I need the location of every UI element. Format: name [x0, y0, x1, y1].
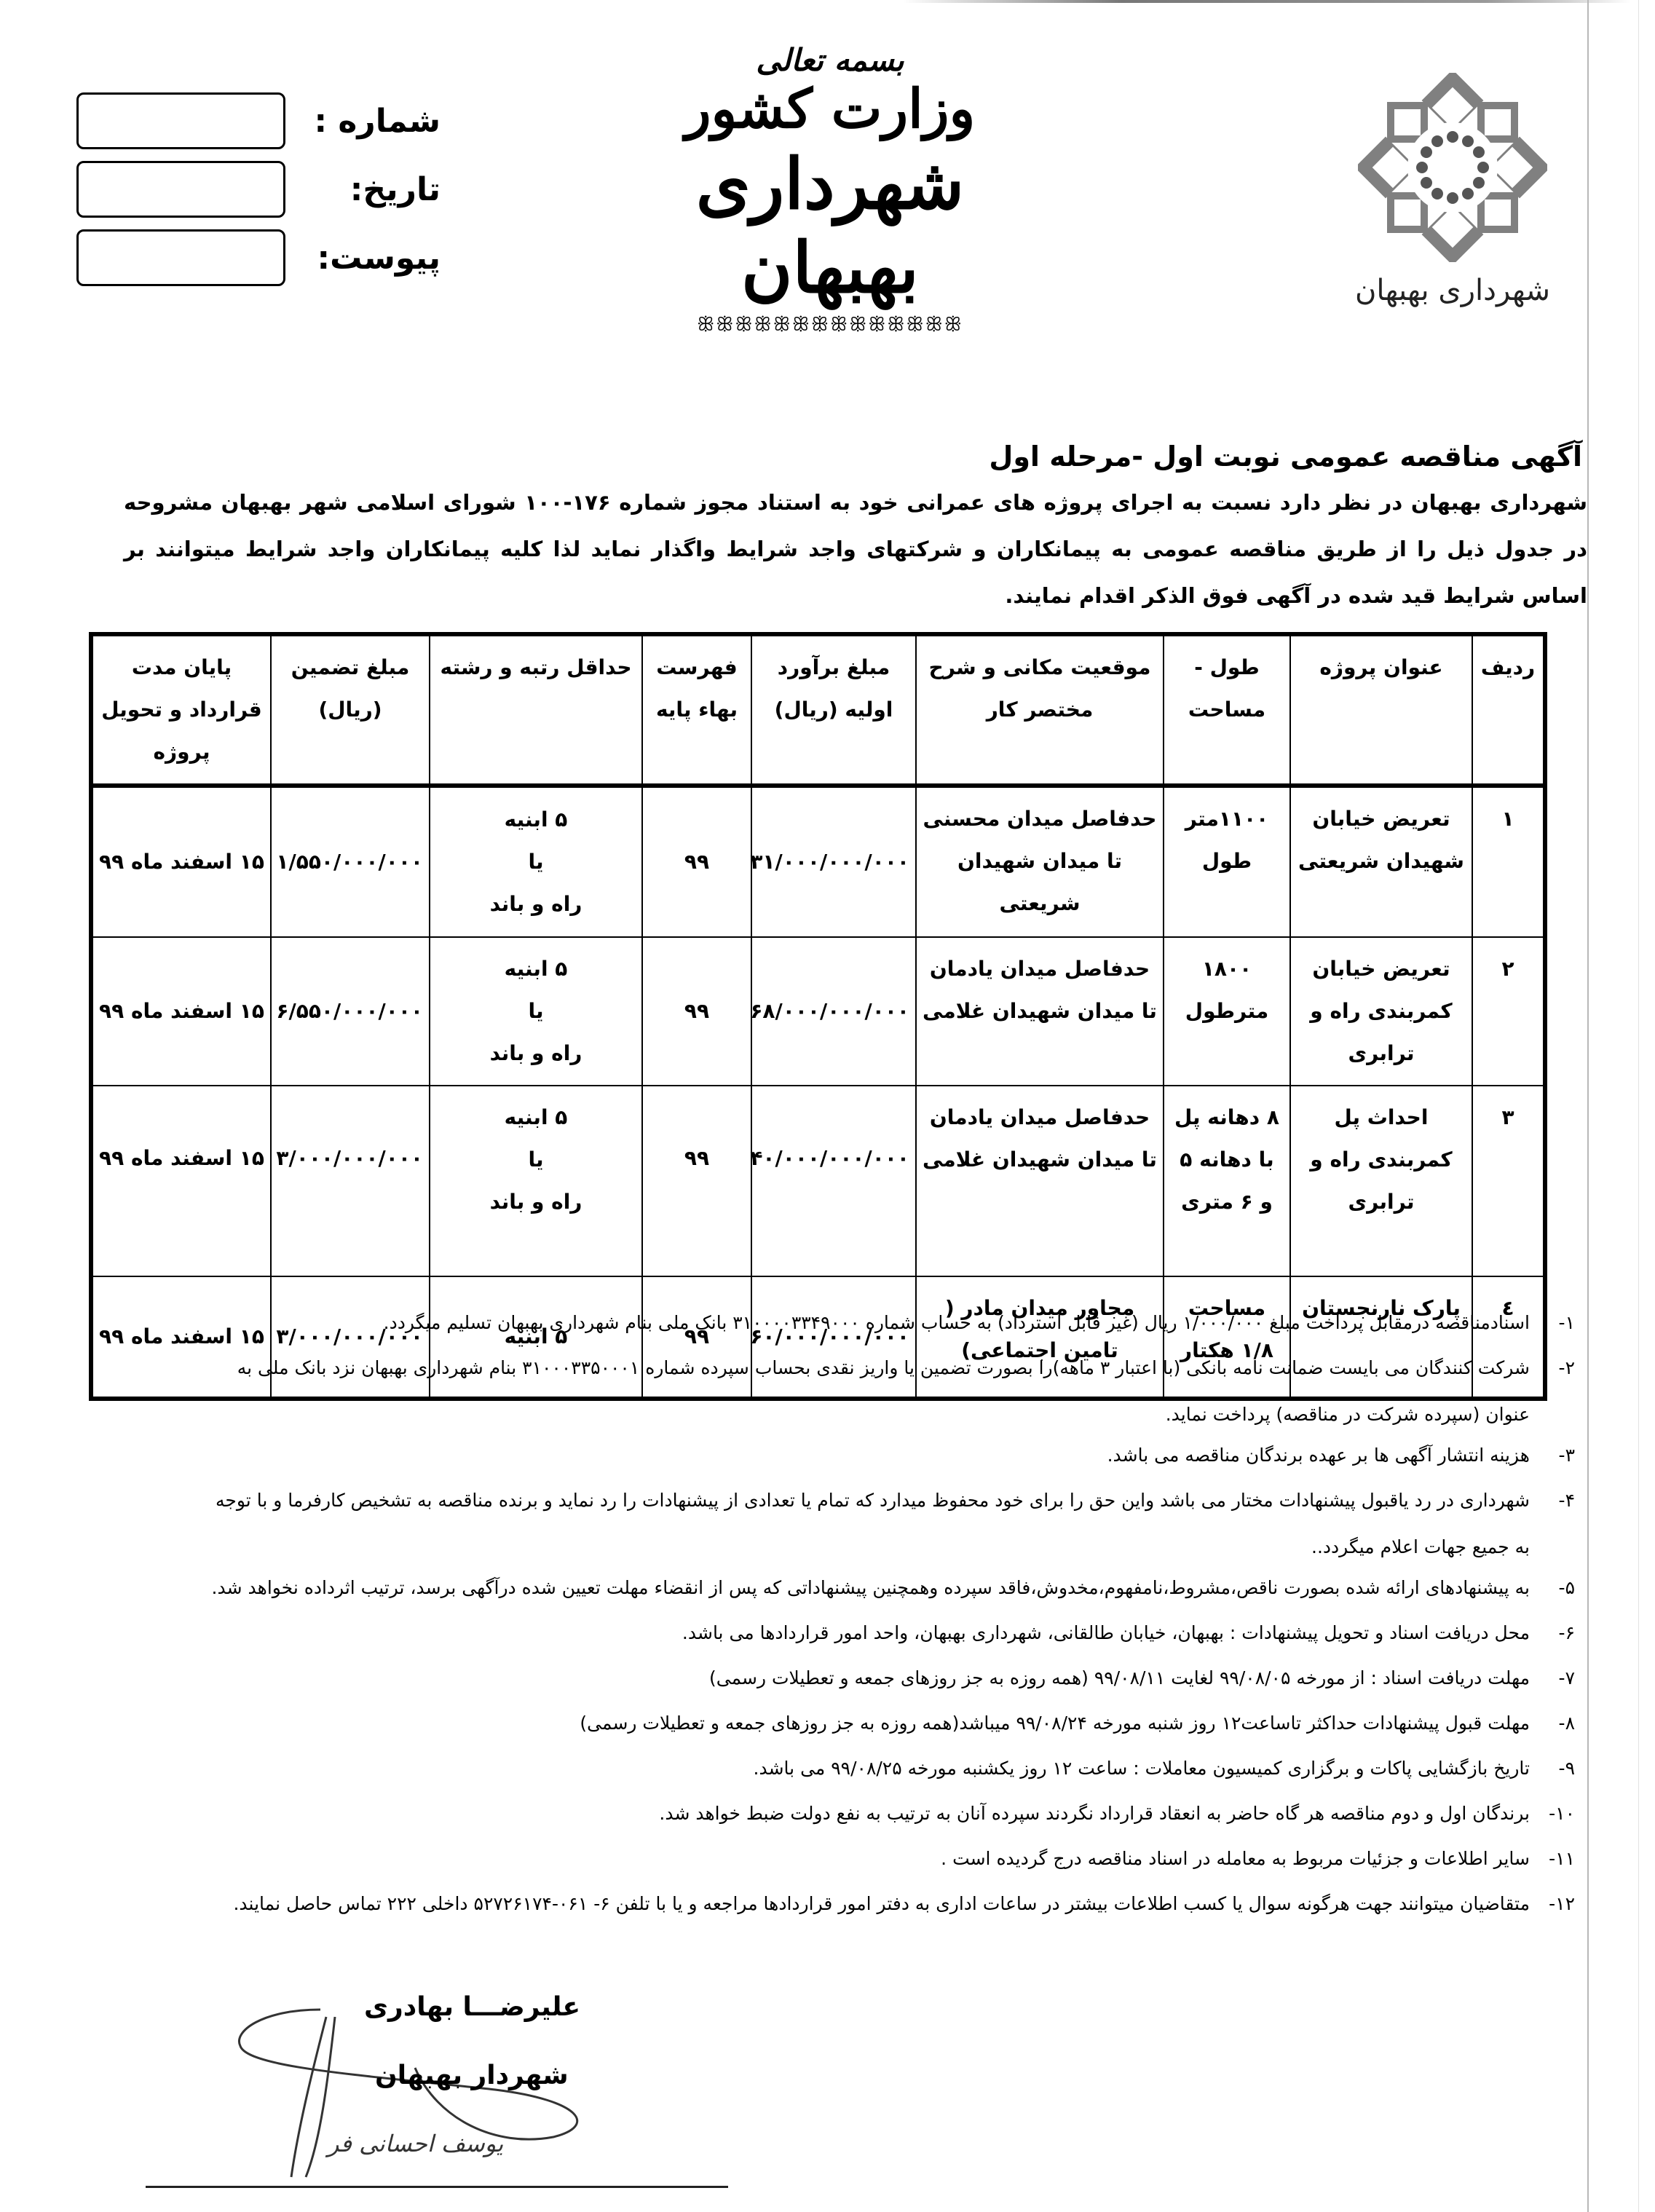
ref-row-attachment: پیوست:: [76, 224, 441, 291]
project-title: احداث پل کمربندی راه و ترابری: [1290, 1086, 1472, 1276]
table-header-row: ردیف عنوان پروژه طول - مساحت موقعیت مکان…: [91, 634, 1545, 786]
length-area: ۱۱۰۰متر طول: [1164, 786, 1290, 937]
col-header-row-number: ردیف: [1472, 634, 1545, 786]
condition-number: ۴-: [1530, 1488, 1575, 1560]
condition-text-continued: به جمیع جهات اعلام میگردد..: [75, 1535, 1530, 1560]
grade-line: راه و باند: [436, 883, 636, 925]
grade-line: ۵ ابنیه: [436, 1097, 636, 1139]
table-row: ۳ احداث پل کمربندی راه و ترابری ۸ دهانه …: [91, 1086, 1545, 1276]
condition-item: ۱۰- برندگان اول و دوم مناقصه هر گاه حاضر…: [75, 1801, 1575, 1826]
notice-title: آگهی مناقصه عمومی نوبت اول -مرحله اول: [989, 441, 1582, 473]
ref-row-number: شماره :: [76, 87, 441, 154]
col-header-estimate: مبلغ برآورد اولیه (ریال): [751, 634, 916, 786]
location: حدفاصل میدان یادمان تا میدان شهیدان غلام…: [916, 1086, 1164, 1276]
grade-line: یا: [436, 1139, 636, 1181]
condition-text: شهرداری در رد یاقبول پیشنهادات مختار می …: [216, 1490, 1530, 1511]
condition-number: ۳-: [1530, 1443, 1575, 1468]
guarantee-amount: ۱/۵۵۰/۰۰۰/۰۰۰: [271, 786, 430, 937]
logo-text: شهرداری بهبهان: [1332, 274, 1573, 307]
grade-line: ۵ ابنیه: [436, 799, 636, 841]
intro-paragraph: شهرداری بهبهان در نظر دارد نسبت به اجرای…: [124, 479, 1587, 619]
grade-line: راه و باند: [436, 1032, 636, 1075]
condition-number: ۱-: [1530, 1311, 1575, 1335]
guarantee-amount: ۳/۰۰۰/۰۰۰/۰۰۰: [271, 1086, 430, 1276]
municipality-name: شهرداری بهبهان: [597, 142, 1063, 309]
condition-number: ۸-: [1530, 1711, 1575, 1736]
location: حدفاصل میدان یادمان تا میدان شهیدان غلام…: [916, 937, 1164, 1086]
table-row: ۲ تعریض خیابان کمربندی راه و ترابری ۱۸۰۰…: [91, 937, 1545, 1086]
condition-text: به پیشنهادهای ارائه شده بصورت ناقص،مشروط…: [75, 1576, 1530, 1600]
condition-item: ۸- مهلت قبول پیشنهادات حداکثر تاساعت۱۲ ر…: [75, 1711, 1575, 1736]
page-margin-line: [1638, 0, 1639, 2212]
attachment-field[interactable]: [76, 229, 285, 286]
condition-text-continued: عنوان (سپرده شرکت در مناقصه) پرداخت نمای…: [75, 1402, 1530, 1427]
col-header-deadline: پایان مدت قرارداد و تحویل پروژه: [91, 634, 271, 786]
condition-number: ۹-: [1530, 1756, 1575, 1781]
condition-item: ۱۲- متقاضیان میتوانند جهت هرگونه سوال یا…: [75, 1892, 1575, 1916]
condition-text: مهلت دریافت اسناد : از مورخه ۹۹/۰۸/۰۵ لغ…: [75, 1666, 1530, 1691]
attachment-label: پیوست:: [288, 240, 441, 277]
condition-number: ۶-: [1530, 1621, 1575, 1646]
condition-text: مهلت قبول پیشنهادات حداکثر تاساعت۱۲ روز …: [75, 1711, 1530, 1736]
condition-item: ۶- محل دریافت اسناد و تحویل پیشنهادات : …: [75, 1621, 1575, 1646]
estimate-amount: ۶۸/۰۰۰/۰۰۰/۰۰۰: [751, 937, 916, 1086]
guarantee-amount: ۶/۵۵۰/۰۰۰/۰۰۰: [271, 937, 430, 1086]
condition-number: ۷-: [1530, 1666, 1575, 1691]
col-header-price-list: فهرست بهاء پایه: [642, 634, 751, 786]
signature-rule: [146, 2186, 728, 2188]
date-label: تاریخ:: [288, 171, 441, 208]
condition-text: هزینه انتشار آگهی ها بر عهده برندگان منا…: [75, 1443, 1530, 1468]
bismillah-text: بسمه تعالی: [597, 44, 1063, 77]
length-area: ۱۸۰۰ مترطول: [1164, 937, 1290, 1086]
condition-text: اسنادمناقصه درمقابل پرداخت مبلغ ۱/۰۰۰/۰۰…: [75, 1311, 1530, 1335]
condition-text-wrap: شهرداری در رد یاقبول پیشنهادات مختار می …: [75, 1488, 1530, 1560]
col-header-guarantee: مبلغ تضمین (ریال): [271, 634, 430, 786]
condition-item: ۱۱- سایر اطلاعات و جزئیات مربوط به معامل…: [75, 1846, 1575, 1871]
condition-item: ۵- به پیشنهادهای ارائه شده بصورت ناقص،مش…: [75, 1576, 1575, 1600]
condition-item: ۱- اسنادمناقصه درمقابل پرداخت مبلغ ۱/۰۰۰…: [75, 1311, 1575, 1335]
ref-row-date: تاریخ:: [76, 156, 441, 223]
min-grade: ۵ ابنیه یا راه و باند: [430, 1086, 642, 1276]
estimate-amount: ۴۰/۰۰۰/۰۰۰/۰۰۰: [751, 1086, 916, 1276]
length-area: ۸ دهانه پل با دهانه ۵ و ۶ متری: [1164, 1086, 1290, 1276]
condition-number: ۵-: [1530, 1576, 1575, 1600]
col-header-location: موقعیت مکانی و شرح مختصر کار: [916, 634, 1164, 786]
condition-number: ۲-: [1530, 1356, 1575, 1427]
grade-line: ۵ ابنیه: [436, 948, 636, 990]
page-margin-line: [1587, 0, 1589, 2212]
tender-table: ردیف عنوان پروژه طول - مساحت موقعیت مکان…: [89, 632, 1547, 1401]
grade-line: راه و باند: [436, 1181, 636, 1223]
condition-number: ۱۰-: [1530, 1801, 1575, 1826]
price-list-year: ۹۹: [642, 786, 751, 937]
col-header-min-grade: حداقل رتبه و رشته: [430, 634, 642, 786]
signatory-name: علیرضـــا بهادری: [364, 1992, 580, 2022]
municipality-logo: شهرداری بهبهان: [1332, 73, 1573, 307]
date-field[interactable]: [76, 161, 285, 218]
deadline: ۱۵ اسفند ماه ۹۹: [91, 1086, 271, 1276]
letterhead-crest: بسمه تعالی وزارت کشور شهرداری بهبهان ꕥꕥꕥ…: [597, 44, 1063, 336]
deadline: ۱۵ اسفند ماه ۹۹: [91, 937, 271, 1086]
signature-block: علیرضـــا بهادری شهردار بهبهان یوسف احسا…: [218, 1980, 626, 2199]
col-header-length-area: طول - مساحت: [1164, 634, 1290, 786]
ornament-divider: ꕥꕥꕥꕥꕥꕥꕥꕥꕥꕥꕥꕥꕥꕥ: [597, 314, 1063, 336]
scan-edge: [903, 0, 1631, 3]
location: حدفاصل میدان محسنی تا میدان شهیدان شریعت…: [916, 786, 1164, 937]
deadline: ۱۵ اسفند ماه ۹۹: [91, 786, 271, 937]
estimate-amount: ۳۱/۰۰۰/۰۰۰/۰۰۰: [751, 786, 916, 937]
condition-item: ۹- تاریخ بازگشایی پاکات و برگزاری کمیسیو…: [75, 1756, 1575, 1781]
min-grade: ۵ ابنیه یا راه و باند: [430, 786, 642, 937]
condition-text: تاریخ بازگشایی پاکات و برگزاری کمیسیون م…: [75, 1756, 1530, 1781]
condition-item: ۳- هزینه انتشار آگهی ها بر عهده برندگان …: [75, 1443, 1575, 1468]
condition-item: ۷- مهلت دریافت اسناد : از مورخه ۹۹/۰۸/۰۵…: [75, 1666, 1575, 1691]
condition-item: ۴- شهرداری در رد یاقبول پیشنهادات مختار …: [75, 1488, 1575, 1560]
number-field[interactable]: [76, 92, 285, 149]
condition-text: برندگان اول و دوم مناقصه هر گاه حاضر به …: [75, 1801, 1530, 1826]
conditions-list: ۱- اسنادمناقصه درمقابل پرداخت مبلغ ۱/۰۰۰…: [75, 1311, 1575, 1937]
condition-number: ۱۲-: [1530, 1892, 1575, 1916]
handwritten-note: یوسف احسانی فر: [328, 2130, 503, 2157]
project-title: تعریض خیابان شهیدان شریعتی: [1290, 786, 1472, 937]
project-title: تعریض خیابان کمربندی راه و ترابری: [1290, 937, 1472, 1086]
condition-number: ۱۱-: [1530, 1846, 1575, 1871]
ministry-name: وزارت کشور: [597, 77, 1063, 142]
condition-text: متقاضیان میتوانند جهت هرگونه سوال یا کسب…: [75, 1892, 1530, 1916]
condition-text-wrap: شرکت کنندگان می بایست ضمانت نامه بانکی (…: [75, 1356, 1530, 1427]
price-list-year: ۹۹: [642, 937, 751, 1086]
min-grade: ۵ ابنیه یا راه و باند: [430, 937, 642, 1086]
signatory-title: شهردار بهبهان: [375, 2061, 569, 2090]
reference-fields: شماره : تاریخ: پیوست:: [76, 87, 441, 293]
table-row: ۱ تعریض خیابان شهیدان شریعتی ۱۱۰۰متر طول…: [91, 786, 1545, 937]
row-number: ۲: [1472, 937, 1545, 1086]
grade-line: یا: [436, 841, 636, 883]
condition-text: سایر اطلاعات و جزئیات مربوط به معامله در…: [75, 1846, 1530, 1871]
row-number: ۳: [1472, 1086, 1545, 1276]
grade-line: یا: [436, 990, 636, 1032]
condition-item: ۲- شرکت کنندگان می بایست ضمانت نامه بانک…: [75, 1356, 1575, 1427]
condition-text: محل دریافت اسناد و تحویل پیشنهادات : بهب…: [75, 1621, 1530, 1646]
col-header-project-title: عنوان پروژه: [1290, 634, 1472, 786]
logo-star-icon: [1358, 73, 1547, 262]
price-list-year: ۹۹: [642, 1086, 751, 1276]
condition-text: شرکت کنندگان می بایست ضمانت نامه بانکی (…: [237, 1357, 1530, 1378]
row-number: ۱: [1472, 786, 1545, 937]
number-label: شماره :: [288, 103, 441, 140]
